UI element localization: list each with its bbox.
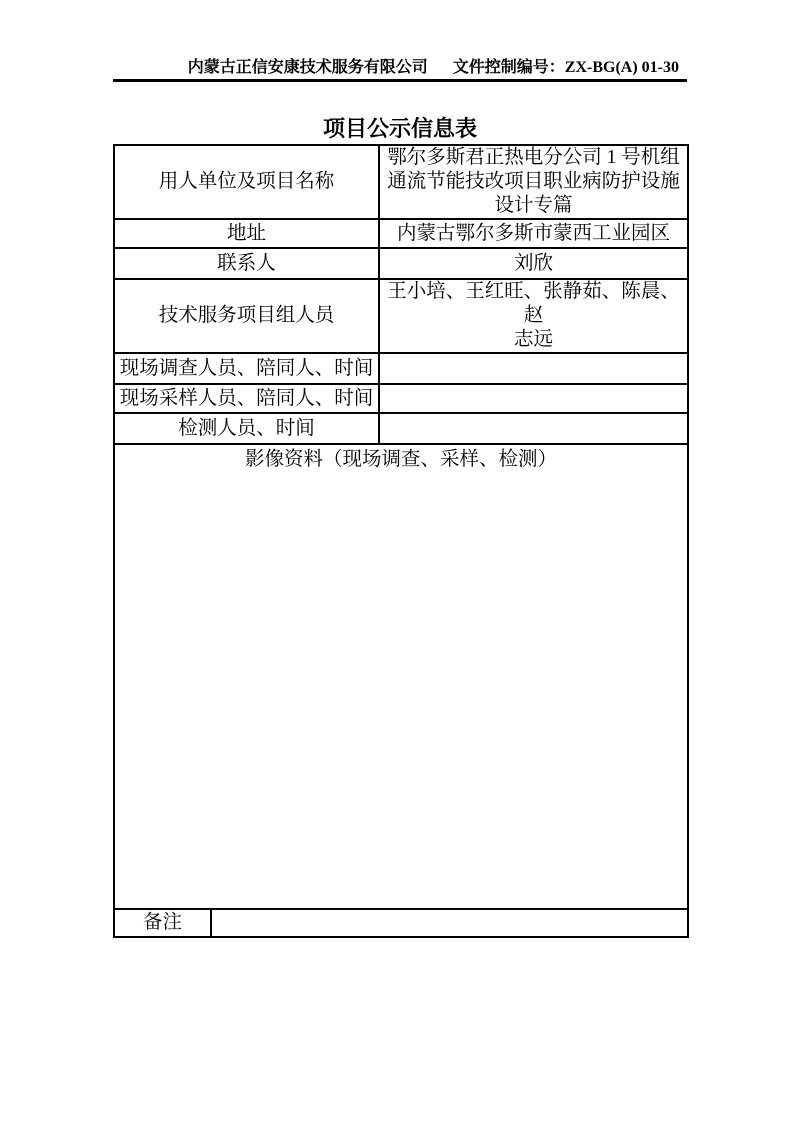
row-label: 技术服务项目组人员	[114, 279, 379, 353]
row-value	[379, 353, 688, 384]
document-page: 内蒙古正信安康技术服务有限公司 文件控制编号：ZX-BG(A) 01-30 项目…	[0, 0, 800, 1131]
row-site-survey: 现场调查人员、陪同人、时间	[114, 353, 688, 384]
remark-value	[211, 909, 688, 937]
doc-control-number: 文件控制编号：ZX-BG(A) 01-30	[453, 58, 679, 78]
row-detection: 检测人员、时间	[114, 413, 688, 444]
document-header: 内蒙古正信安康技术服务有限公司 文件控制编号：ZX-BG(A) 01-30	[113, 0, 687, 82]
row-label: 联系人	[114, 248, 379, 279]
row-label: 现场调查人员、陪同人、时间	[114, 353, 379, 384]
company-name: 内蒙古正信安康技术服务有限公司	[188, 58, 428, 78]
remark-table: 备注	[113, 908, 689, 938]
info-table: 用人单位及项目名称 鄂尔多斯君正热电分公司 1 号机组通流节能技改项目职业病防护…	[113, 144, 689, 910]
row-value: 鄂尔多斯君正热电分公司 1 号机组通流节能技改项目职业病防护设施设计专篇	[379, 145, 688, 219]
row-value	[379, 384, 688, 413]
row-address: 地址 内蒙古鄂尔多斯市蒙西工业园区	[114, 219, 688, 248]
media-section-title: 影像资料（现场调查、采样、检测）	[114, 444, 688, 909]
row-site-sampling: 现场采样人员、陪同人、时间	[114, 384, 688, 413]
row-label: 现场采样人员、陪同人、时间	[114, 384, 379, 413]
row-remark: 备注	[114, 909, 688, 937]
row-value	[379, 413, 688, 444]
remark-label: 备注	[114, 909, 211, 937]
row-value: 王小培、王红旺、张静茹、陈晨、赵志远	[379, 279, 688, 353]
row-service-team: 技术服务项目组人员 王小培、王红旺、张静茹、陈晨、赵志远	[114, 279, 688, 353]
row-label: 用人单位及项目名称	[114, 145, 379, 219]
document-content: 内蒙古正信安康技术服务有限公司 文件控制编号：ZX-BG(A) 01-30 项目…	[113, 0, 687, 938]
row-label: 检测人员、时间	[114, 413, 379, 444]
row-contact: 联系人 刘欣	[114, 248, 688, 279]
page-title: 项目公示信息表	[113, 118, 687, 140]
row-value: 刘欣	[379, 248, 688, 279]
row-employer-project: 用人单位及项目名称 鄂尔多斯君正热电分公司 1 号机组通流节能技改项目职业病防护…	[114, 145, 688, 219]
row-value: 内蒙古鄂尔多斯市蒙西工业园区	[379, 219, 688, 248]
row-media: 影像资料（现场调查、采样、检测）	[114, 444, 688, 909]
row-label: 地址	[114, 219, 379, 248]
